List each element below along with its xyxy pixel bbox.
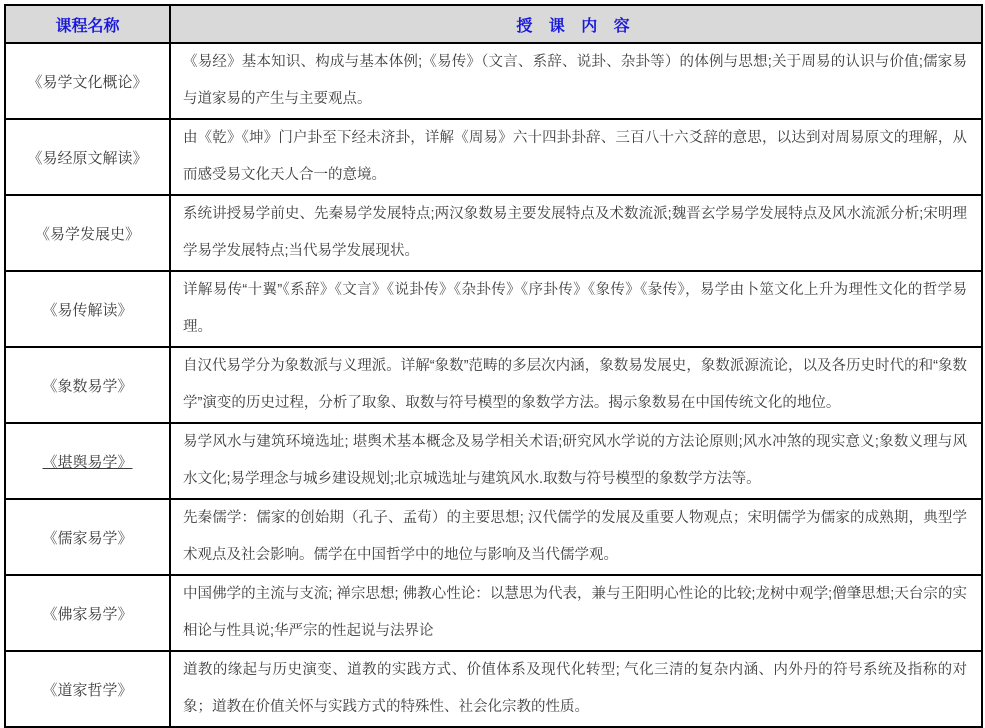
document-page: 课程名称 授 课 内 容 《易学文化概论》 《易经》基本知识、构成与基本体例;《…	[0, 0, 985, 720]
table-row: 《堪舆易学》 易学风水与建筑环境选址; 堪舆术基本概念及易学相关术语;研究风水学…	[5, 423, 982, 499]
course-name-cell: 《易传解读》	[5, 271, 170, 347]
course-curriculum-table: 课程名称 授 课 内 容 《易学文化概论》 《易经》基本知识、构成与基本体例;《…	[4, 4, 983, 720]
course-content-cell: 易学风水与建筑环境选址; 堪舆术基本概念及易学相关术语;研究风水学说的方法论原则…	[170, 423, 982, 499]
course-name-text: 《佛家易学》	[42, 606, 132, 623]
course-content-cell: 道教的缘起与历史演变、道教的实践方式、价值体系及现代化转型; 气化三清的复杂内涵…	[170, 651, 982, 720]
table-row: 《象数易学》 自汉代易学分为象数派与义理派。详解“象数”范畴的多层次内涵，象数易…	[5, 347, 982, 423]
course-content-cell: 《易经》基本知识、构成与基本体例;《易传》（文言、系辞、说卦、杂卦等）的体例与思…	[170, 43, 982, 119]
table-row: 《易学发展史》 系统讲授易学前史、先秦易学发展特点;两汉象数易主要发展特点及术数…	[5, 195, 982, 271]
table-row: 《易传解读》 详解易传“十翼”《系辞》《文言》《说卦传》《杂卦传》《序卦传》《象…	[5, 271, 982, 347]
table-row: 《易学文化概论》 《易经》基本知识、构成与基本体例;《易传》（文言、系辞、说卦、…	[5, 43, 982, 119]
table-row: 《儒家易学》 先秦儒学：儒家的创始期（孔子、孟荀）的主要思想; 汉代儒学的发展及…	[5, 499, 982, 575]
course-name-cell: 《道家哲学》	[5, 651, 170, 720]
table-row: 《佛家易学》 中国佛学的主流与支流; 禅宗思想; 佛教心性论：以慧思为代表，兼与…	[5, 575, 982, 651]
course-content-cell: 先秦儒学：儒家的创始期（孔子、孟荀）的主要思想; 汉代儒学的发展及重要人物观点；…	[170, 499, 982, 575]
course-name-text: 《易学发展史》	[35, 226, 140, 243]
table-row: 《道家哲学》 道教的缘起与历史演变、道教的实践方式、价值体系及现代化转型; 气化…	[5, 651, 982, 720]
course-name-cell: 《易学文化概论》	[5, 43, 170, 119]
course-name-text: 《堪舆易学》	[42, 454, 132, 471]
header-course-content: 授 课 内 容	[170, 5, 982, 43]
course-name-text: 《道家哲学》	[42, 682, 132, 699]
course-content-cell: 自汉代易学分为象数派与义理派。详解“象数”范畴的多层次内涵，象数易发展史，象数派…	[170, 347, 982, 423]
course-content-cell: 详解易传“十翼”《系辞》《文言》《说卦传》《杂卦传》《序卦传》《象传》《彖传》，…	[170, 271, 982, 347]
course-name-cell: 《易学发展史》	[5, 195, 170, 271]
course-content-cell: 中国佛学的主流与支流; 禅宗思想; 佛教心性论：以慧思为代表，兼与王阳明心性论的…	[170, 575, 982, 651]
course-name-text: 《象数易学》	[42, 378, 132, 395]
course-name-text: 《易学文化概论》	[27, 74, 147, 91]
course-content-cell: 系统讲授易学前史、先秦易学发展特点;两汉象数易主要发展特点及术数流派;魏晋玄学易…	[170, 195, 982, 271]
header-course-name: 课程名称	[5, 5, 170, 43]
course-name-text: 《儒家易学》	[42, 530, 132, 547]
course-name-cell: 《堪舆易学》	[5, 423, 170, 499]
course-name-text: 《易传解读》	[42, 302, 132, 319]
course-content-cell: 由《乾》《坤》门户卦至下经未济卦，详解《周易》六十四卦卦辞、三百八十六爻辞的意思…	[170, 119, 982, 195]
course-name-cell: 《象数易学》	[5, 347, 170, 423]
course-name-cell: 《易经原文解读》	[5, 119, 170, 195]
course-name-text: 《易经原文解读》	[27, 150, 147, 167]
course-name-cell: 《儒家易学》	[5, 499, 170, 575]
table-row: 《易经原文解读》 由《乾》《坤》门户卦至下经未济卦，详解《周易》六十四卦卦辞、三…	[5, 119, 982, 195]
table-header-row: 课程名称 授 课 内 容	[5, 5, 982, 43]
course-name-cell: 《佛家易学》	[5, 575, 170, 651]
